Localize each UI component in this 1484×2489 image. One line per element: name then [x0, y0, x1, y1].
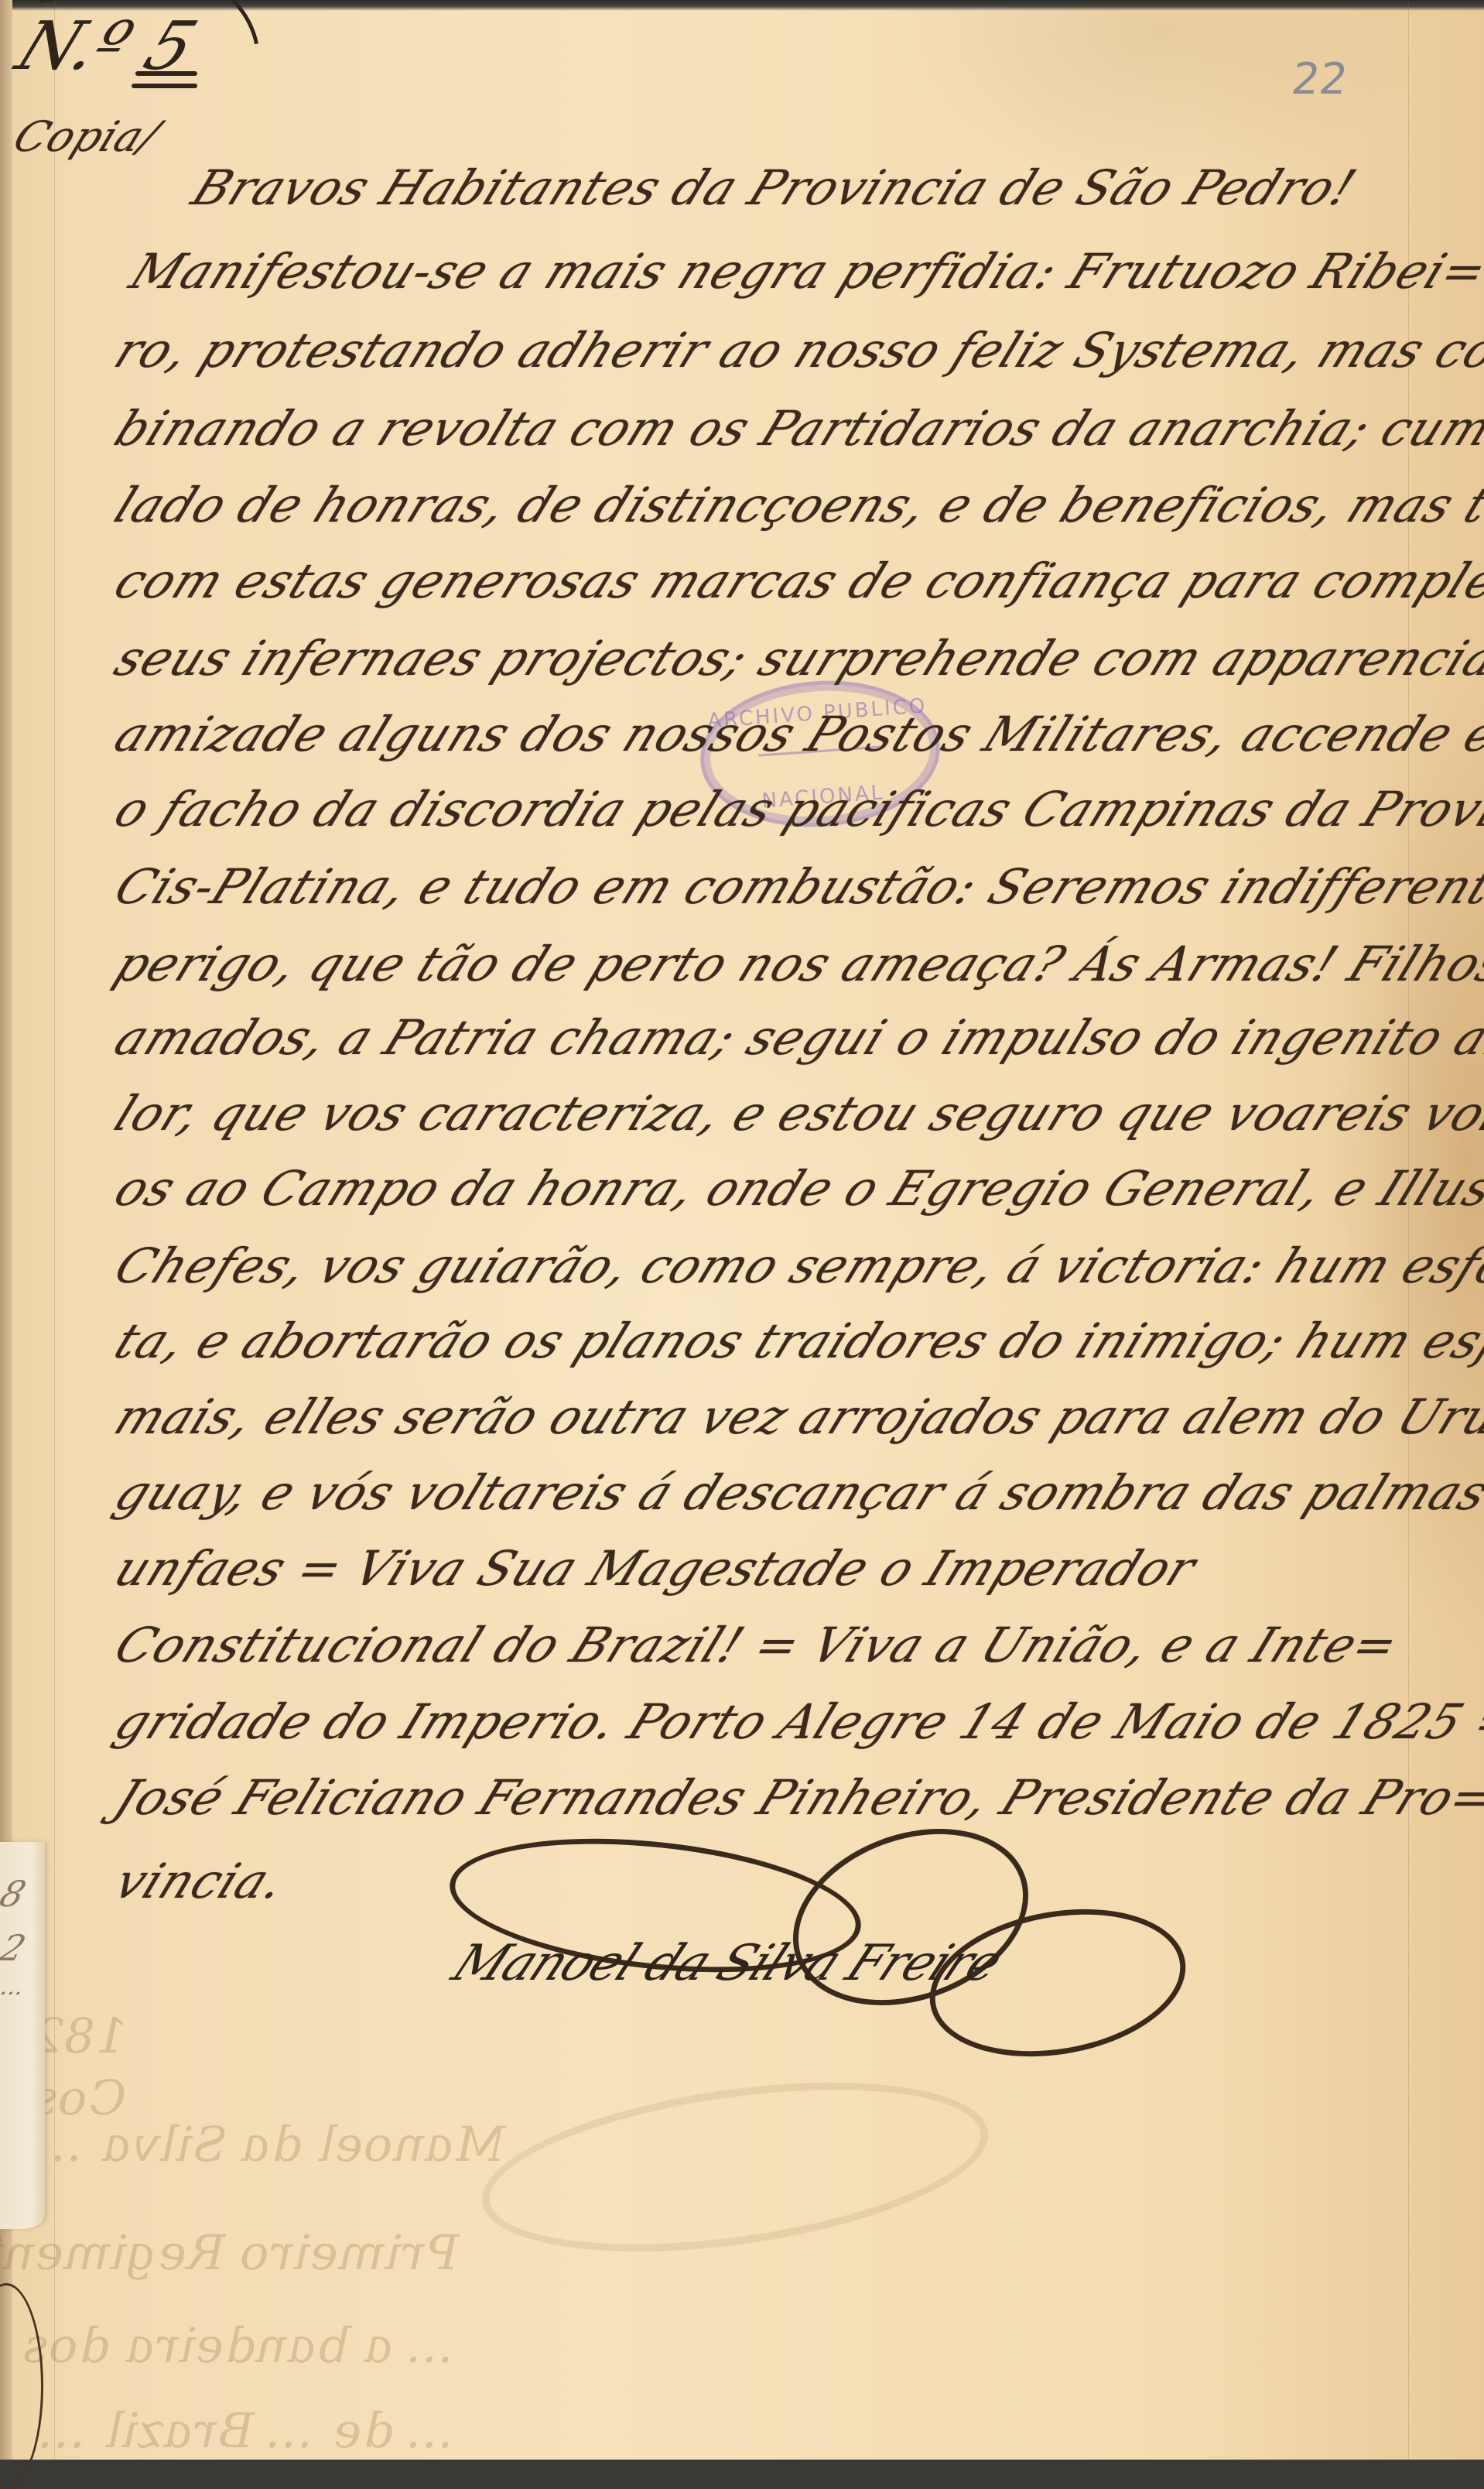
manuscript-line: guay, e vós voltareis á descançar á somb… — [108, 1469, 1484, 1517]
curled-page-flap: 8 2 ... — [0, 1842, 45, 2229]
manuscript-line: os ao Campo da honra, onde o Egregio Gen… — [108, 1165, 1484, 1213]
number-underline-2 — [132, 84, 197, 88]
manuscript-line: perigo, que tão de perto nos ameaça? Ás … — [108, 940, 1484, 988]
manuscript-line: Chefes, vos guiarão, como sempre, á vict… — [108, 1242, 1484, 1290]
bleed-through-line: Primeiro Regimento ... — [0, 2229, 468, 2277]
manuscript-line: ro, protestando adherir ao nosso feliz S… — [108, 327, 1484, 375]
manuscript-line: Constitucional do Brazil! = Viva a União… — [108, 1621, 1406, 1669]
manuscript-line: Manifestou-se a mais negra perfidia: Fru… — [124, 248, 1484, 296]
manuscript-line: mais, elles serão outra vez arrojados pa… — [108, 1393, 1484, 1441]
flap-fragment: 8 — [0, 1873, 31, 1915]
manuscript-line: seus infernaes projectos; surprehende co… — [108, 635, 1484, 683]
bleed-through-flourish — [471, 2055, 998, 2279]
manuscript-line: Cis-Platina, e tudo em combustão: Seremo… — [108, 863, 1484, 911]
flap-fragment: 2 — [0, 1927, 31, 1969]
signature: Manoel da Silva Freire — [433, 1819, 1253, 2051]
copy-label: Copia/ — [8, 116, 166, 158]
bleed-through-line: Manoel da Silva ... — [29, 2121, 515, 2169]
number-underline-1 — [135, 71, 197, 76]
manuscript-line: Bravos Habitantes da Provincia de São Pe… — [186, 164, 1363, 212]
manuscript-line: amizade alguns dos nossos Postos Militar… — [108, 710, 1484, 758]
bleed-through-line: ... a bandeira dos ... por ... — [0, 2322, 468, 2370]
manuscript-line: ta, e abortarão os planos traidores do i… — [108, 1317, 1484, 1365]
manuscript-line: com estas generosas marcas de confiança … — [108, 557, 1484, 605]
manuscript-line: lor, que vos caracteriza, e estou seguro… — [108, 1090, 1484, 1138]
bleed-through-line: ... de ... Brazil ... — [32, 2407, 468, 2455]
manuscript-line: gridade do Imperio. Porto Alegre 14 de M… — [108, 1698, 1484, 1746]
binding-string — [0, 2283, 43, 2460]
manuscript-line: o facho da discordia pelas pacificas Cam… — [108, 786, 1484, 834]
manuscript-line: binando a revolta com os Partidarios da … — [108, 405, 1484, 453]
signature-name: Manoel da Silva Freire — [443, 1935, 1010, 1992]
manuscript-line: vincia. — [108, 1857, 292, 1905]
manuscript-line: amados, a Patria chama; segui o impulso … — [108, 1014, 1484, 1062]
folio-number: 22 — [1288, 54, 1350, 104]
manuscript-line: José Feliciano Fernandes Pinheiro, Presi… — [108, 1774, 1484, 1822]
manuscript-page: N.º 5 22 Copia/ ARCHIVO PUBLICO NACIONAL… — [0, 0, 1484, 2460]
flap-fragment: ... — [0, 1974, 28, 2001]
manuscript-line: lado de honras, de distincçoens, e de be… — [108, 481, 1484, 529]
manuscript-line: unfaes = Viva Sua Magestade o Imperador — [108, 1545, 1203, 1593]
